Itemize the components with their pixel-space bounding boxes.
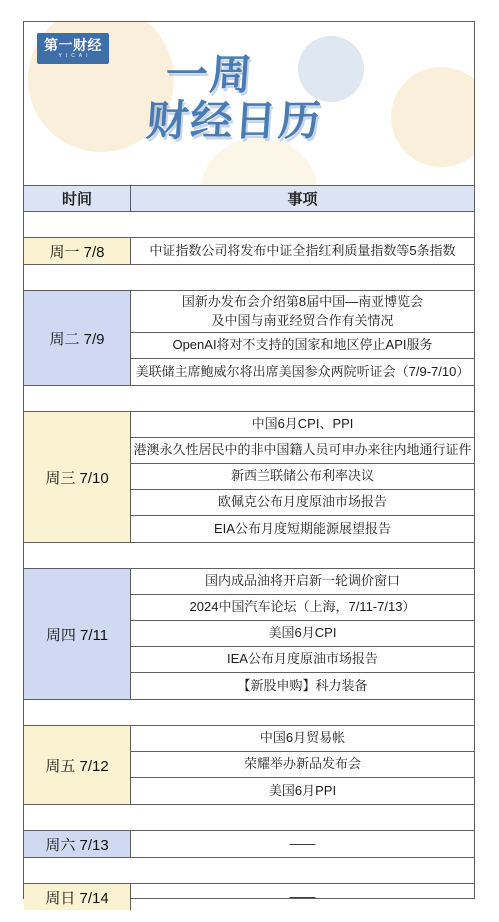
day-events: 国内成品油将开启新一轮调价窗口2024中国汽车论坛（上海，7/11-7/13）美… (131, 569, 474, 699)
row-spacer (24, 386, 474, 411)
yicai-logo: 第一财经 YICAI (37, 33, 109, 64)
day-events: 中国6月贸易帐荣耀举办新品发布会美国6月PPI (131, 726, 474, 804)
event-row: 国内成品油将开启新一轮调价窗口 (131, 569, 474, 595)
page-title-line2: 财经日历 (145, 98, 324, 144)
event-row: 荣耀举办新品发布会 (131, 752, 474, 778)
table-header-event: 事项 (131, 186, 474, 211)
event-row: OpenAI将对不支持的国家和地区停止API服务 (131, 333, 474, 359)
event-row: 中国6月贸易帐 (131, 726, 474, 752)
event-row: —— (131, 831, 474, 857)
day-events: —— (131, 884, 474, 910)
event-row: IEA公布月度原油市场报告 (131, 647, 474, 673)
event-row: —— (131, 884, 474, 910)
day-label: 周三 7/10 (24, 412, 131, 542)
day-label: 周六 7/13 (24, 831, 131, 857)
page-title-line1: 一周 (148, 52, 327, 98)
yicai-logo-subtext: YICAI (54, 54, 91, 59)
event-row: 港澳永久性居民中的非中国籍人员可申办来往内地通行证件 (131, 438, 474, 464)
event-row: 美国6月CPI (131, 621, 474, 647)
day-events: 国新办发布会介绍第8届中国—南亚博览会 及中国与南亚经贸合作有关情况OpenAI… (131, 291, 474, 385)
event-row: 新西兰联储公布利率决议 (131, 464, 474, 490)
poster-frame: 第一财经 YICAI 一周 财经日历 时间 事项 周一 7/8中证指数公司将发布… (23, 21, 475, 899)
table-header-row: 时间 事项 (24, 185, 474, 212)
day-events: —— (131, 831, 474, 857)
day-label: 周四 7/11 (24, 569, 131, 699)
row-spacer (24, 543, 474, 568)
event-row: 中证指数公司将发布中证全指红利质量指数等5条指数 (131, 238, 474, 264)
day-block-4: 周五 7/12中国6月贸易帐荣耀举办新品发布会美国6月PPI (24, 725, 474, 805)
day-block-2: 周三 7/10中国6月CPI、PPI港澳永久性居民中的非中国籍人员可申办来往内地… (24, 411, 474, 543)
row-spacer (24, 265, 474, 290)
event-row: 美国6月PPI (131, 778, 474, 804)
event-row: EIA公布月度短期能源展望报告 (131, 516, 474, 542)
day-block-1: 周二 7/9国新办发布会介绍第8届中国—南亚博览会 及中国与南亚经贸合作有关情况… (24, 290, 474, 386)
header-banner: 第一财经 YICAI 一周 财经日历 (24, 22, 474, 185)
day-events: 中国6月CPI、PPI港澳永久性居民中的非中国籍人员可申办来往内地通行证件新西兰… (131, 412, 474, 542)
day-events: 中证指数公司将发布中证全指红利质量指数等5条指数 (131, 238, 474, 264)
event-row: 国新办发布会介绍第8届中国—南亚博览会 及中国与南亚经贸合作有关情况 (131, 291, 474, 333)
day-block-6: 周日 7/14—— (24, 883, 474, 910)
event-row: 中国6月CPI、PPI (131, 412, 474, 438)
table-header-time: 时间 (24, 186, 131, 211)
day-label: 周二 7/9 (24, 291, 131, 385)
yicai-logo-text: 第一财经 (44, 38, 102, 52)
row-spacer (24, 805, 474, 830)
event-row: 2024中国汽车论坛（上海，7/11-7/13） (131, 595, 474, 621)
event-row: 美联储主席鲍威尔将出席美国参众两院听证会（7/9-7/10） (131, 359, 474, 385)
row-spacer (24, 858, 474, 883)
day-label: 周五 7/12 (24, 726, 131, 804)
day-block-0: 周一 7/8中证指数公司将发布中证全指红利质量指数等5条指数 (24, 237, 474, 265)
decor-circle-cream-right (391, 67, 474, 167)
event-row: 【新股申购】科力装备 (131, 673, 474, 699)
day-label: 周一 7/8 (24, 238, 131, 264)
day-block-5: 周六 7/13—— (24, 830, 474, 858)
page-title: 一周 财经日历 (145, 52, 327, 144)
row-spacer (24, 700, 474, 725)
day-block-3: 周四 7/11国内成品油将开启新一轮调价窗口2024中国汽车论坛（上海，7/11… (24, 568, 474, 700)
row-spacer (24, 212, 474, 237)
calendar-table: 周一 7/8中证指数公司将发布中证全指红利质量指数等5条指数周二 7/9国新办发… (24, 212, 474, 910)
day-label: 周日 7/14 (24, 884, 131, 910)
event-row: 欧佩克公布月度原油市场报告 (131, 490, 474, 516)
